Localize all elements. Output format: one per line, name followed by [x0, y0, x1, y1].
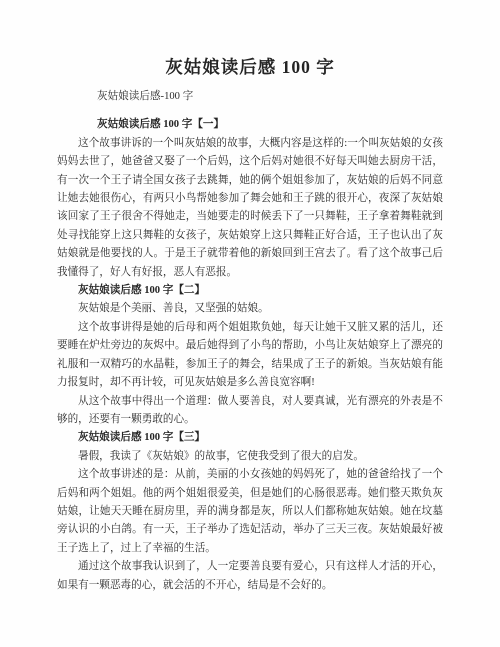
document-title: 灰姑娘读后感 100 字 [57, 54, 443, 80]
essay-section-3: 灰姑娘读后感 100 字【三】 暑假，我读了《灰姑娘》的故事，它使我受到了很大的… [57, 429, 443, 595]
paragraph: 通过这个故事我认识到了，人一定要善良要有爱心，只有这样人才活的开心，如果有一颗恶… [57, 558, 443, 595]
document-content: 灰姑娘读后感 100 字 灰姑娘读后感-100 字 灰姑娘读后感 100 字【一… [57, 54, 443, 595]
document-page: 灰姑娘读后感 100 字 灰姑娘读后感-100 字 灰姑娘读后感 100 字【一… [0, 0, 500, 647]
paragraph: 暑假，我读了《灰姑娘》的故事，它使我受到了很大的启发。 [57, 448, 443, 466]
essay-section-2: 灰姑娘读后感 100 字【二】 灰姑娘是个美丽、善良，又坚强的姑娘。 这个故事讲… [57, 282, 443, 429]
essay-section-1: 灰姑娘读后感 100 字【一】 这个故事讲诉的一个叫灰姑娘的故事，大概内容是这样… [57, 116, 443, 282]
paragraph: 灰姑娘是个美丽、善良，又坚强的姑娘。 [57, 300, 443, 318]
paragraph: 这个故事讲诉的一个叫灰姑娘的故事，大概内容是这样的:一个叫灰姑娘的女孩妈妈去世了… [57, 135, 443, 282]
section-heading-1: 灰姑娘读后感 100 字【一】 [57, 116, 443, 134]
section-heading-3: 灰姑娘读后感 100 字【三】 [57, 429, 443, 447]
paragraph: 这个故事讲得是她的后母和两个姐姐欺负她，每天让她干又脏又累的活儿，还要睡在炉灶旁… [57, 319, 443, 393]
section-heading-2: 灰姑娘读后感 100 字【二】 [57, 282, 443, 300]
paragraph: 从这个故事中得出一个道理：做人要善良，对人要真诚，光有漂亮的外表是不够的，还要有… [57, 393, 443, 430]
document-subtitle: 灰姑娘读后感-100 字 [57, 88, 443, 106]
paragraph: 这个故事讲述的是：从前，美丽的小女孩她的妈妈死了，她的爸爸给找了一个后妈和两个姐… [57, 466, 443, 558]
